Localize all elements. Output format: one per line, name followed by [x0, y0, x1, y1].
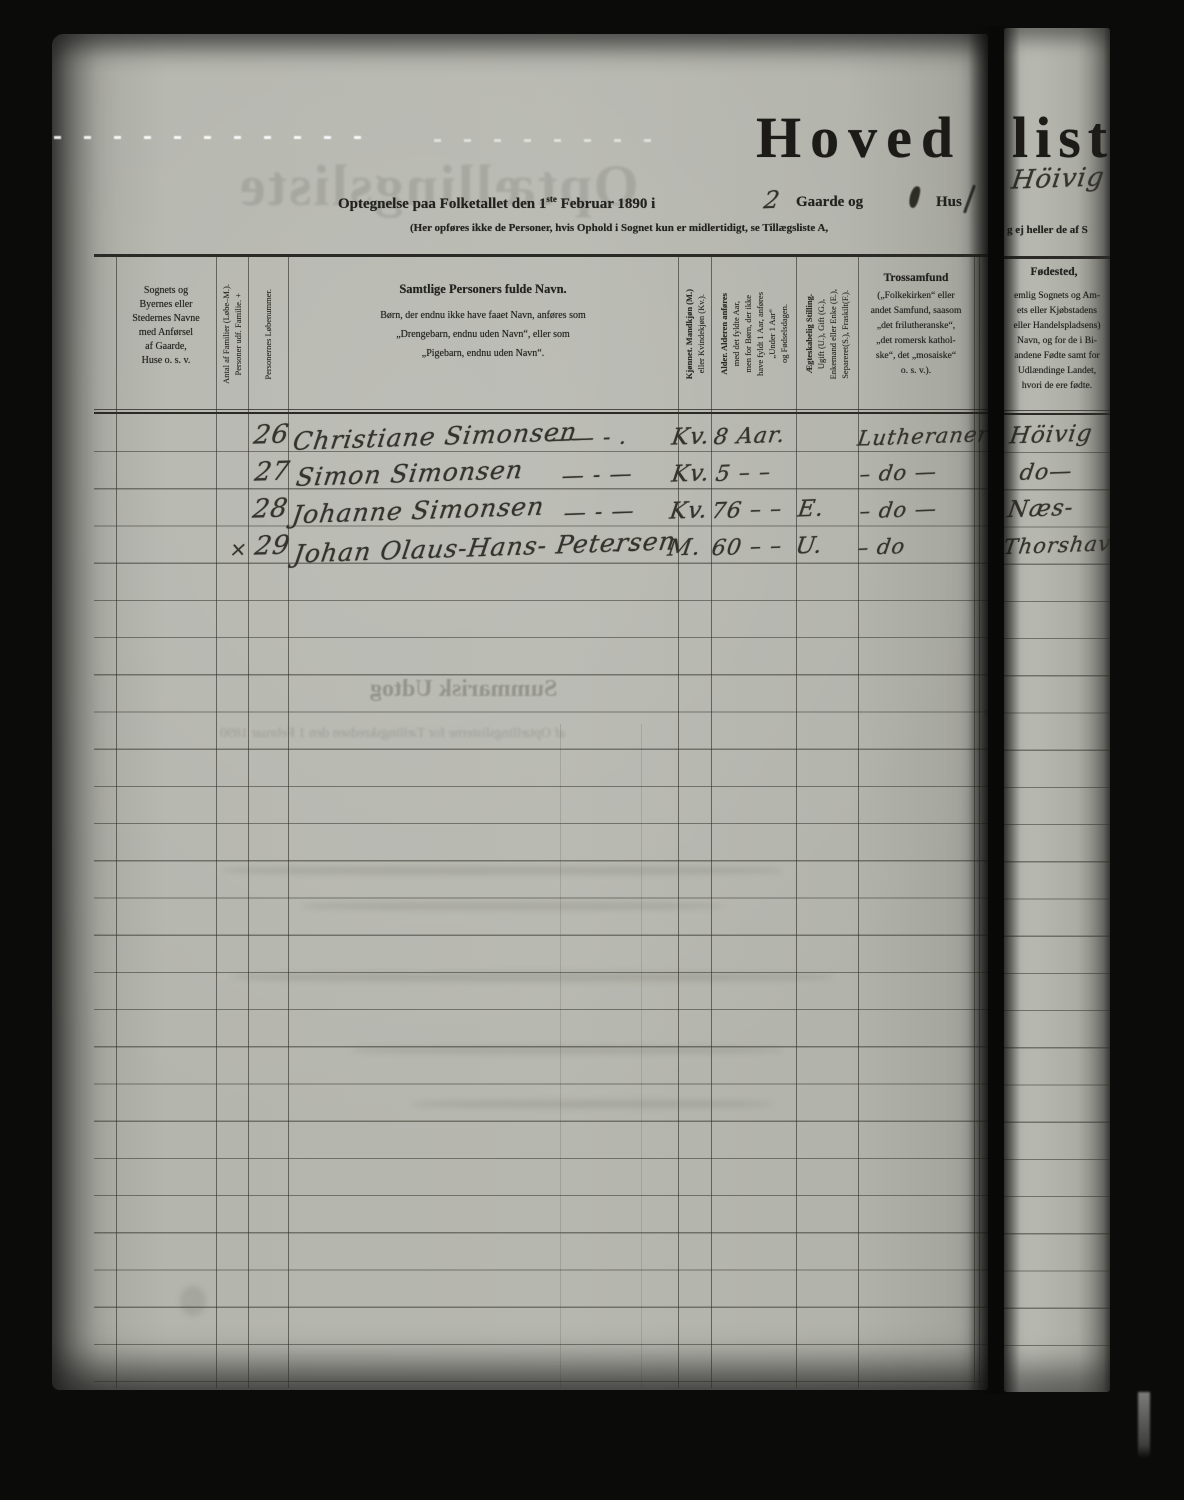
- header-marital-column: Ægteskabelig Stilling. Ugift (U.), Gift …: [796, 260, 858, 408]
- header-families-line: Personer udf. Familie. +: [232, 293, 244, 375]
- row-religion: – do: [856, 534, 907, 560]
- row-religion: Lutheraner—: [856, 421, 988, 450]
- ink-doodle: [180, 1286, 206, 1316]
- bleedthrough-summary-title: Summarisk Udtog: [370, 676, 557, 703]
- header-marital-line: Enkemand eller Enke (E.),: [827, 289, 839, 379]
- table-row: × 29 Johan Olaus-Hans- Petersen - - M. 6…: [52, 529, 988, 565]
- crease-highlight: [54, 136, 384, 139]
- header-religion-line: ske“, det „mosaiske“: [858, 348, 974, 363]
- row-marital: E.: [796, 496, 826, 523]
- row-sex: Kv.: [668, 497, 710, 524]
- header-name-line: „Drengebarn, endnu uden Navn“, eller som: [288, 329, 678, 340]
- subtitle-superscript: ste: [546, 194, 557, 204]
- label-gaarde-og: Gaarde og: [796, 194, 863, 211]
- header-religion-column: Trossamfund („Folkekirken“ eller andet S…: [858, 272, 974, 378]
- header-religion-line: „det frilutheranske“,: [858, 318, 974, 333]
- header-place-line: Sognets og: [116, 284, 216, 298]
- row-birthplace: Næs-: [1006, 495, 1075, 523]
- census-scan: Optællingsliste Hoved Optegnelse paa Fol…: [0, 0, 1184, 1500]
- header-place-line: Stedernes Navne: [116, 312, 216, 326]
- scan-edge-streak: [1138, 1392, 1150, 1458]
- bleedthrough-summary-line: af Optællingslisterne for Tællingskredse…: [220, 726, 565, 742]
- header-bottom-thick-right: [1004, 413, 1110, 415]
- row-dash: - -: [610, 537, 639, 563]
- row-religion: – do —: [858, 497, 939, 524]
- row-number: 28: [251, 493, 291, 524]
- header-age-line: og Fødselsdagen.: [778, 304, 790, 363]
- bleedthrough-smudge: [232, 972, 832, 982]
- header-sex-column: Kjønnet. Mandkjøn (M.) eller Kvindekjøn …: [678, 260, 711, 408]
- header-birthplace-line: hvori de ere fødte.: [1006, 378, 1108, 393]
- table-top-border: [94, 254, 988, 257]
- row-dash: — - —: [560, 462, 634, 489]
- header-religion-line: („Folkekirken“ eller: [858, 288, 974, 303]
- header-birthplace-line: Navn, og for de i Bi-: [1006, 333, 1108, 348]
- row-number: 29: [253, 530, 293, 561]
- handwritten-place: Höivig: [1010, 162, 1107, 195]
- bleedthrough-smudge: [352, 1046, 782, 1054]
- bleedthrough-line: [560, 724, 561, 1388]
- header-religion-lines: („Folkekirken“ eller andet Samfund, saas…: [858, 288, 974, 378]
- subtitle-printed-2: Februar 1890 i: [557, 196, 655, 212]
- table-row: 27 Simon Simonsen — - — Kv. 5 – – – do —: [52, 455, 988, 491]
- row-number: 27: [253, 456, 293, 487]
- exclusion-note-continuation: g ej heller de af S: [1007, 224, 1088, 236]
- header-families-column: Antal af Familier (Løbe–M.). Personer ud…: [216, 260, 248, 408]
- header-person-no-column: Personernes Løbenummer.: [248, 260, 288, 408]
- header-age-line: Alder. Alderen anføres: [718, 293, 730, 375]
- exclusion-note: (Her opføres ikke de Personer, hvis Opho…: [410, 222, 828, 234]
- header-families-line: Antal af Familier (Løbe–M.).: [220, 284, 232, 384]
- header-birthplace-column: emlig Sognets og Am- ets eller Kjøbstade…: [1006, 288, 1108, 393]
- header-name-title: Samtlige Personers fulde Navn.: [288, 282, 678, 297]
- header-birthplace-line: emlig Sognets og Am-: [1006, 288, 1108, 303]
- header-religion-line: o. s. v.).: [858, 363, 974, 378]
- crease-highlight: [434, 139, 674, 142]
- row-dash: — - —: [562, 499, 636, 526]
- handwritten-huse-count-blot: [907, 185, 921, 209]
- header-age-line: „Under 1 Aar“: [766, 309, 778, 359]
- table-top-border-right: [1004, 256, 1110, 259]
- header-name-column: Samtlige Personers fulde Navn. Børn, der…: [288, 282, 678, 359]
- header-place-line: Huse o. s. v.: [116, 354, 216, 368]
- header-age-line: med det fyldte Aar,: [730, 301, 742, 366]
- row-birthplace: Thorshavn: [1004, 531, 1110, 559]
- header-religion-line: „det romersk kathol-: [858, 333, 974, 348]
- header-religion-title: Trossamfund: [858, 272, 974, 284]
- bleedthrough-smudge: [412, 1100, 772, 1108]
- handwritten-gaarde-count: 2: [762, 186, 782, 215]
- header-bottom-thick: [94, 412, 988, 414]
- row-age: 76 – –: [710, 497, 784, 524]
- handwritten-slash: [963, 184, 976, 213]
- header-age-line: have fyldt 1 Aar, anføres: [754, 292, 766, 376]
- header-place-line: Byernes eller: [116, 298, 216, 312]
- row-birthplace: do—: [1018, 459, 1074, 486]
- header-birthplace-line: Udlændinge Landet,: [1006, 363, 1108, 378]
- header-name-line: „Pigebarn, endnu uden Navn“.: [288, 348, 678, 359]
- row-religion: – do —: [858, 460, 939, 487]
- subtitle-line: Optegnelse paa Folketallet den 1ste Febr…: [338, 194, 655, 213]
- row-dash: —— - .: [547, 425, 629, 453]
- row-mark: ×: [228, 537, 249, 562]
- row-number: 26: [252, 419, 292, 450]
- header-person-no-line: Personernes Løbenummer.: [262, 289, 274, 380]
- row-sex: M.: [666, 534, 703, 561]
- label-huse: Hus: [936, 194, 962, 211]
- row-age: 60 – –: [710, 534, 784, 561]
- header-place-column: Sognets og Byernes eller Stedernes Navne…: [116, 284, 216, 368]
- table-row: 28 Johanne Simonsen — - — Kv. 76 – – E. …: [52, 492, 988, 528]
- header-sex-line: Kjønnet. Mandkjøn (M.): [683, 289, 695, 379]
- bleedthrough-line: [641, 724, 642, 1388]
- row-name: Christiane Simonsen: [291, 417, 579, 456]
- header-birthplace-title: Fødested,: [1004, 266, 1104, 278]
- page-title: Hoved: [756, 104, 962, 171]
- row-sex: Kv.: [670, 460, 712, 487]
- row-marital: U.: [794, 533, 824, 560]
- row-age: 5 – –: [714, 460, 773, 487]
- header-age-line: men for Børn, der ikke: [742, 295, 754, 373]
- header-birthplace-line: andene Fødte samt for: [1006, 348, 1108, 363]
- header-birthplace-line: eller Handelspladsens): [1006, 318, 1108, 333]
- page-title-continuation: list: [1012, 104, 1110, 171]
- row-age: 8 Aar.: [712, 423, 787, 450]
- bleedthrough-smudge: [222, 866, 782, 875]
- row-name: Simon Simonsen: [294, 455, 525, 492]
- row-sex: Kv.: [670, 423, 712, 450]
- header-marital-line: Ægteskabelig Stilling.: [803, 294, 815, 373]
- header-name-line: Børn, der endnu ikke have faaet Navn, an…: [288, 310, 678, 321]
- header-marital-line: Separeret(S.), Fraskilt(F.).: [839, 290, 851, 379]
- row-name: Johanne Simonsen: [290, 492, 546, 530]
- header-sex-line: eller Kvindekjøn (Kv.).: [695, 294, 707, 373]
- subtitle-printed-1: Optegnelse paa Folketallet den 1: [338, 196, 546, 212]
- header-place-line: af Gaarde,: [116, 340, 216, 354]
- header-place-line: med Anførsel: [116, 326, 216, 340]
- page-left-leaf: Optællingsliste Hoved Optegnelse paa Fol…: [52, 34, 988, 1390]
- table-row: 26 Christiane Simonsen —— - . Kv. 8 Aar.…: [52, 418, 988, 454]
- header-religion-line: andet Samfund, saasom: [858, 303, 974, 318]
- header-bottom-thin-right: [1004, 410, 1110, 411]
- header-bottom-thin: [94, 409, 988, 410]
- row-birthplace: Höivig: [1008, 421, 1094, 450]
- header-marital-line: Ugift (U.), Gift (G.),: [815, 299, 827, 369]
- header-age-column: Alder. Alderen anføres med det fyldte Aa…: [711, 260, 796, 408]
- header-birthplace-line: ets eller Kjøbstadens: [1006, 303, 1108, 318]
- page-right-leaf: list Höivig g ej heller de af S Fødested…: [1004, 28, 1110, 1392]
- bleedthrough-smudge: [302, 902, 722, 910]
